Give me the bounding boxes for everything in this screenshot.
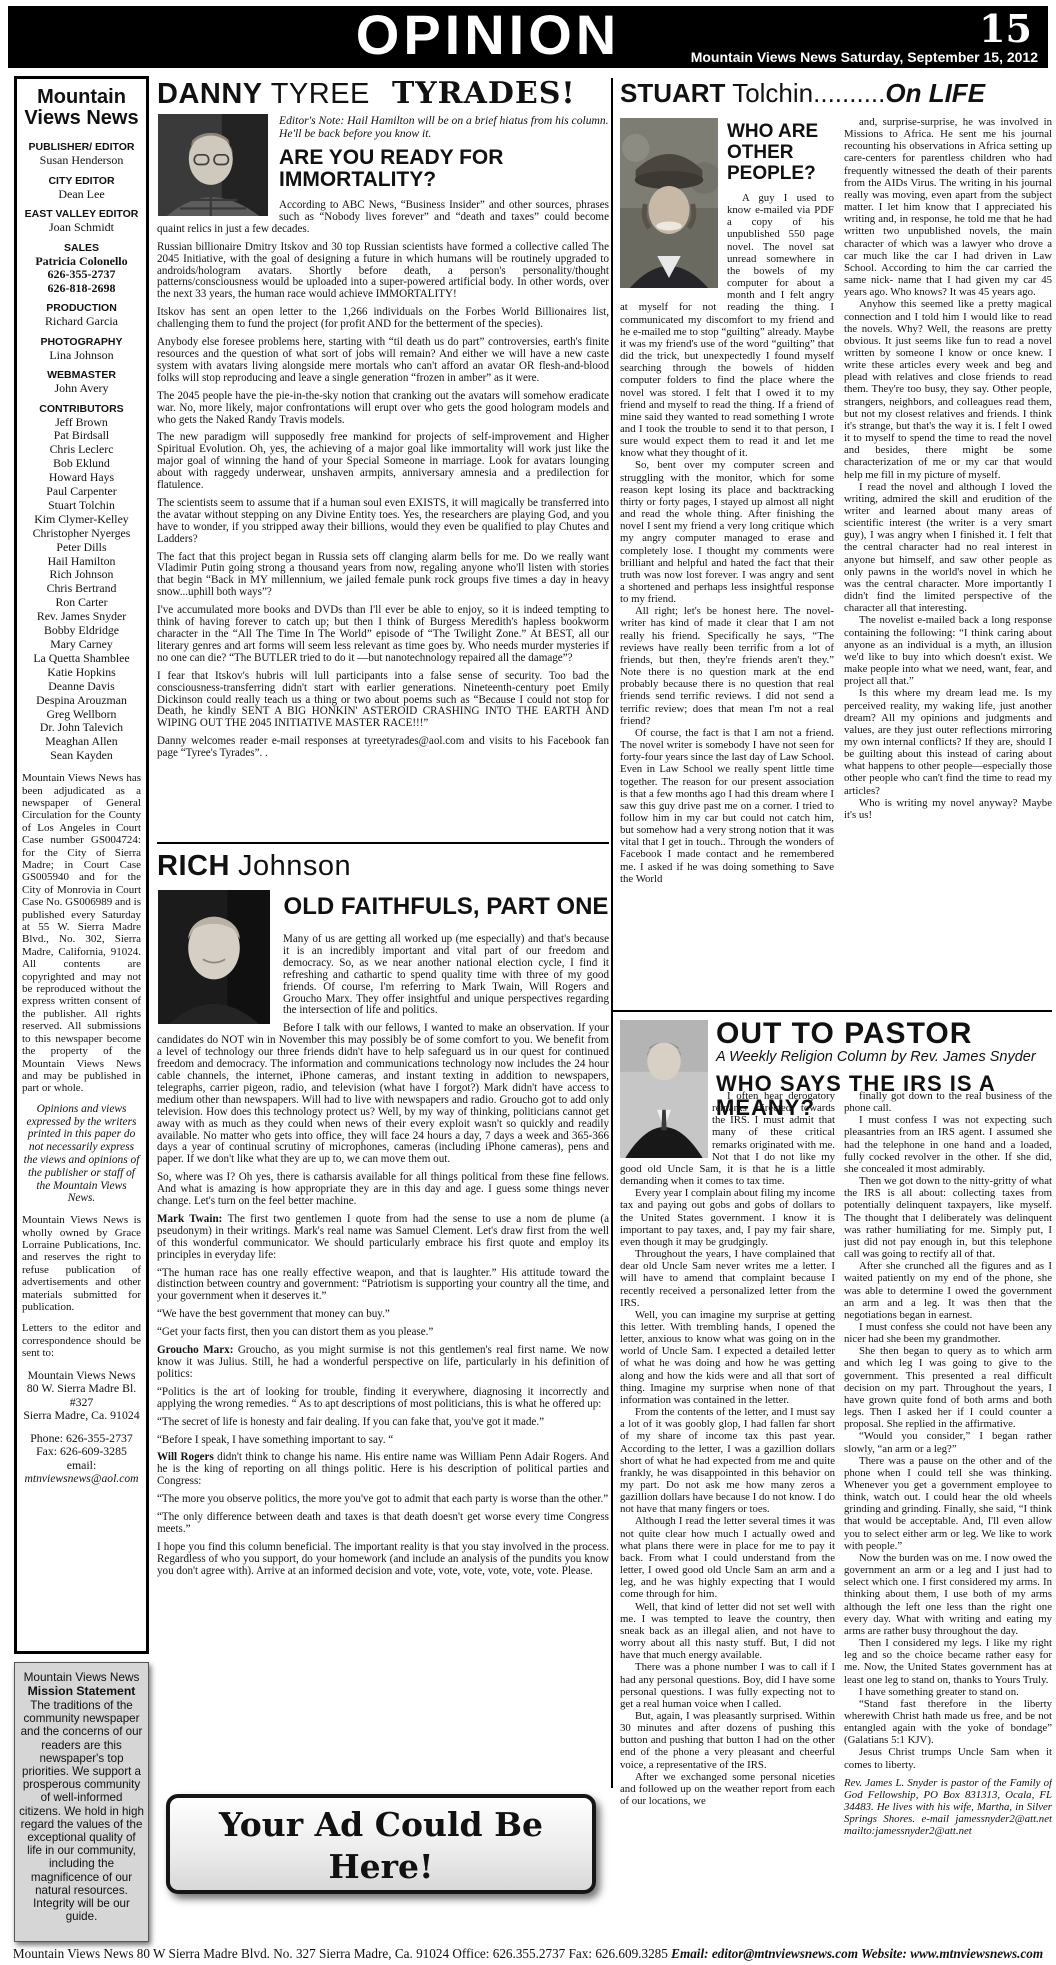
paragraph: I have something greater to stand on. [844,1686,1052,1698]
johnson-kicker: RICH Johnson [157,850,609,882]
newspaper-page: { "page": { "section": "OPINION", "numbe… [0,0,1056,1965]
paragraph: The 2045 people have the pie-in-the-sky … [157,391,609,427]
list-item: Pat Birdsall [22,429,141,443]
list-item: Mary Carney [22,638,141,652]
paragraph: She then began to query as to which arm … [844,1345,1052,1430]
ad-headline: Your Ad Could Be Here! [170,1804,592,1888]
paragraph: Russian billionaire Dmitry Itskov and 30… [157,242,609,302]
paragraph: “Get your facts first, then you can dist… [157,1327,609,1339]
list-item: Ron Carter [22,596,141,610]
tolchin-body-right: and, surprise-surprise, he was involved … [844,116,1052,821]
paragraph: “Would you consider,” I began rather slo… [844,1430,1052,1454]
paragraph: Throughout the years, I have complained … [620,1248,835,1309]
legal-notice: Mountain Views News has been adjudicated… [22,772,141,1095]
role-name: Patricia Colonello [22,255,141,269]
pastor-title: OUT TO PASTOR [716,1018,1052,1049]
ad-call-to-action: Call Patricia at 626-818-2698 Today! [170,1888,592,1894]
staff-role: PUBLISHER/ EDITORSusan Henderson [22,141,141,168]
paragraph: I read the novel and although I loved th… [844,481,1052,615]
contact-info: Phone: 626-355-2737Fax: 626-609-3285emai… [22,1432,141,1473]
list-item: Bobby Eldridge [22,624,141,638]
danny-tyree-photo [158,114,268,216]
role-name: Richard Garcia [22,315,141,329]
list-item: Chris Bertrand [22,582,141,596]
pastor-column-left: I often hear derogatory remarks directed… [620,1090,835,1938]
paragraph: Jesus Christ trumps Uncle Sam when it co… [844,1746,1052,1770]
role-label: CITY EDITOR [22,175,141,188]
paragraph: Will Rogers didn't think to change his n… [157,1452,609,1488]
role-name: Dean Lee [22,188,141,202]
list-item: Howard Hays [22,471,141,485]
letters-notice: Letters to the editor and correspondence… [22,1322,141,1359]
page-number: 15 [979,6,1032,51]
column-divider-rule [157,842,609,844]
paragraph: I must confess I was not expecting such … [844,1114,1052,1175]
tolchin-column-brand: On LIFE [885,78,985,108]
masthead-title: Mountain Views News [22,87,141,129]
list-item: Deanne Davis [22,680,141,694]
paragraph: The novelist e-mailed back a long respon… [844,614,1052,687]
paragraph: Is this where my dream lead me. Is my pe… [844,687,1052,796]
johnson-column: RICH Johnson OLD FAITHFULS, PART ONE Man… [157,850,609,1786]
masthead-email: mtnviewsnews@aol.com [22,1472,141,1485]
paragraph: finally got down to the real business of… [844,1090,1052,1114]
tyree-column-brand: TYRADES! [392,78,576,111]
tyree-last-name: TYREE [271,78,370,110]
staff-role: PHOTOGRAPHYLina Johnson [22,336,141,363]
paragraph: Who is writing my novel anyway? Maybe it… [844,797,1052,821]
pastor-subtitle: A Weekly Religion Column by Rev. James S… [716,1049,1052,1066]
list-item: Rich Johnson [22,568,141,582]
mission-title-1: Mountain Views News [19,1671,144,1684]
paragraph: “The human race has one really effective… [157,1268,609,1304]
paragraph: The fact that this project began in Russ… [157,552,609,600]
tolchin-column-left: WHO ARE OTHER PEOPLE? A guy I used to kn… [620,116,834,1044]
paragraph: Then I considered my legs. I like my rig… [844,1637,1052,1686]
role-name: John Avery [22,382,141,396]
tolchin-dots: .......... [813,78,885,108]
list-item: Jeff Brown [22,416,141,430]
staff-role: EAST VALLEY EDITORJoan Schmidt [22,208,141,235]
role-label: PHOTOGRAPHY [22,336,141,349]
paragraph: Although I read the letter several times… [620,1515,835,1600]
list-item: Rev. James Snyder [22,610,141,624]
role-name: Lina Johnson [22,349,141,363]
list-item: Christopher Nyerges [22,527,141,541]
paragraph: Well, you can imagine my surprise at get… [620,1309,835,1406]
role-name: Joan Schmidt [22,221,141,235]
tolchin-first-name: STUART [620,78,725,108]
tyree-column: DANNY TYREE TYRADES! Editor's Note: Hail… [157,78,609,838]
house-ad: Your Ad Could Be Here! Call Patricia at … [166,1794,596,1894]
role-name: Susan Henderson [22,154,141,168]
ownership-notice: Mountain Views News is wholly owned by G… [22,1214,141,1313]
pastor-signature: Rev. James L. Snyder is pastor of the Fa… [844,1777,1052,1838]
role-label: SALES [22,242,141,255]
role-name: 626-818-2698 [22,282,141,296]
stuart-tolchin-photo [620,118,718,288]
paragraph: “Before I speak, I have something import… [157,1435,609,1447]
tolchin-kicker: STUART Tolchin..........On LIFE [620,78,1052,108]
paragraph: “Politics is the art of looking for trou… [157,1387,609,1411]
paragraph: “The only difference between death and t… [157,1512,609,1536]
paragraph: I must confess she could not have been a… [844,1321,1052,1345]
paragraph: After she crunched all the figures and a… [844,1260,1052,1321]
list-item: Kim Clymer-Kelley [22,513,141,527]
paragraph: After we exchanged some personal nicetie… [620,1771,835,1807]
footer-contacts: Email: editor@mtnviewsnews.com Website: … [671,1946,1043,1961]
list-item: Sean Kayden [22,749,141,763]
paragraph: “The more you observe politics, the more… [157,1494,609,1506]
paragraph: I hope you find this column beneficial. … [157,1542,609,1578]
paragraph: Now the burden was on me. I now owed the… [844,1552,1052,1637]
list-item: email: [22,1459,141,1473]
pastor-body-left: I often hear derogatory remarks directed… [620,1090,835,1807]
tolchin-column-right: and, surprise-surprise, he was involved … [844,116,1052,1044]
paragraph: Of course, the fact is that I am not a f… [620,727,834,885]
paragraph: Well, that kind of letter did not set we… [620,1601,835,1662]
tyree-first-name: DANNY [157,78,263,110]
opinions-disclaimer: Opinions and views expressed by the writ… [22,1103,141,1205]
staff-role: WEBMASTERJohn Avery [22,369,141,396]
list-item: Greg Wellborn [22,708,141,722]
mission-body: The traditions of the community newspape… [19,1699,144,1923]
footer-address: Mountain Views News 80 W Sierra Madre Bl… [13,1946,671,1961]
list-item: La Quetta Shamblee [22,652,141,666]
contributors-list: Jeff BrownPat BirdsallChris LeclercBob E… [22,416,141,764]
section-banner: OPINION 15 Mountain Views News Saturday,… [8,6,1048,68]
list-item: Katie Hopkins [22,666,141,680]
paragraph: Danny welcomes reader e-mail responses a… [157,736,609,760]
paragraph: Before I talk with our fellows, I wanted… [157,1023,609,1166]
paragraph: “We have the best government that money … [157,1309,609,1321]
paragraph: So, where was I? Oh yes, there is cathar… [157,1172,609,1208]
pastor-column-right: finally got down to the real business of… [844,1090,1052,1938]
paragraph: I fear that Itskov's hubris will lull pa… [157,671,609,731]
paragraph: From the contents of the letter, and I m… [620,1406,835,1515]
contributors-label: CONTRIBUTORS [22,403,141,416]
vertical-column-rule [611,78,613,1788]
paragraph: The scientists seem to assume that if a … [157,498,609,546]
mission-statement-box: Mountain Views News Mission Statement Th… [14,1662,149,1942]
tolchin-body-left: A guy I used to know e-mailed via PDF a … [620,192,834,885]
paragraph: Anybody else foresee problems here, star… [157,337,609,385]
staff-role: SALESPatricia Colonello626-355-2737626-8… [22,242,141,296]
list-item: Paul Carpenter [22,485,141,499]
list-item: Dr. John Talevich [22,721,141,735]
staff-role: CITY EDITORDean Lee [22,175,141,202]
list-item: Meaghan Allen [22,735,141,749]
paragraph: But, again, I was pleasantly surprised. … [620,1710,835,1771]
paragraph: All right; let's be honest here. The nov… [620,605,834,727]
paragraph: “Stand fast therefore in the liberty whe… [844,1698,1052,1747]
johnson-last-name: Johnson [238,850,351,882]
right-section: STUART Tolchin..........On LIFE WHO ARE … [620,78,1052,1946]
pastor-body-right: finally got down to the real business of… [844,1090,1052,1771]
johnson-body: Many of us are getting all worked up (me… [157,934,609,1578]
list-item: Peter Dills [22,541,141,555]
paragraph: So, bent over my computer screen and str… [620,459,834,605]
rich-johnson-photo [158,890,270,1024]
date-line: Mountain Views News Saturday, September … [691,49,1038,65]
list-item: Mountain Views News [22,1369,141,1383]
list-item: Despina Arouzman [22,694,141,708]
masthead-sidebar: Mountain Views News PUBLISHER/ EDITORSus… [14,76,149,1654]
paragraph: Then we got down to the nitty-gritty of … [844,1175,1052,1260]
paragraph: I've accumulated more books and DVDs tha… [157,605,609,665]
paragraph: and, surprise-surprise, he was involved … [844,116,1052,298]
list-item: Stuart Tolchin [22,499,141,513]
tolchin-last-name: Tolchin [725,78,813,108]
list-item: Bob Eklund [22,457,141,471]
staff-role: PRODUCTIONRichard Garcia [22,302,141,329]
list-item: Fax: 626-609-3285 [22,1445,141,1459]
paragraph: Mark Twain: The first two gentlemen I qu… [157,1214,609,1262]
masthead-roles: PUBLISHER/ EDITORSusan HendersonCITY EDI… [22,141,141,396]
role-name: 626-355-2737 [22,268,141,282]
list-item: Hail Hamilton [22,555,141,569]
list-item: 80 W. Sierra Madre Bl. #327 [22,1382,141,1409]
paragraph: Every year I complain about filing my in… [620,1187,835,1248]
list-item: Chris Leclerc [22,443,141,457]
mission-title-2: Mission Statement [19,1684,144,1698]
tyree-body: According to ABC News, “Business Insider… [157,200,609,760]
pastor-top-rule [613,1010,1052,1012]
paragraph: There was a pause on the other and of th… [844,1455,1052,1552]
johnson-first-name: RICH [157,850,230,882]
paragraph: The new paradigm will supposedly free ma… [157,432,609,492]
paragraph: “The secret of life is honesty and fair … [157,1417,609,1429]
paragraph: There was a phone number I was to call i… [620,1661,835,1710]
mailing-address: Mountain Views News80 W. Sierra Madre Bl… [22,1369,141,1423]
paragraph: Groucho Marx: Groucho, as you might surm… [157,1345,609,1381]
page-footer: Mountain Views News 80 W Sierra Madre Bl… [0,1944,1056,1965]
list-item: Sierra Madre, Ca. 91024 [22,1409,141,1423]
list-item: Phone: 626-355-2737 [22,1432,141,1446]
paragraph: Anyhow this seemed like a pretty magical… [844,298,1052,480]
paragraph: Itskov has sent an open letter to the 1,… [157,307,609,331]
photo-overflow-spacer [620,1090,712,1152]
tyree-kicker: DANNY TYREE TYRADES! [157,78,609,110]
